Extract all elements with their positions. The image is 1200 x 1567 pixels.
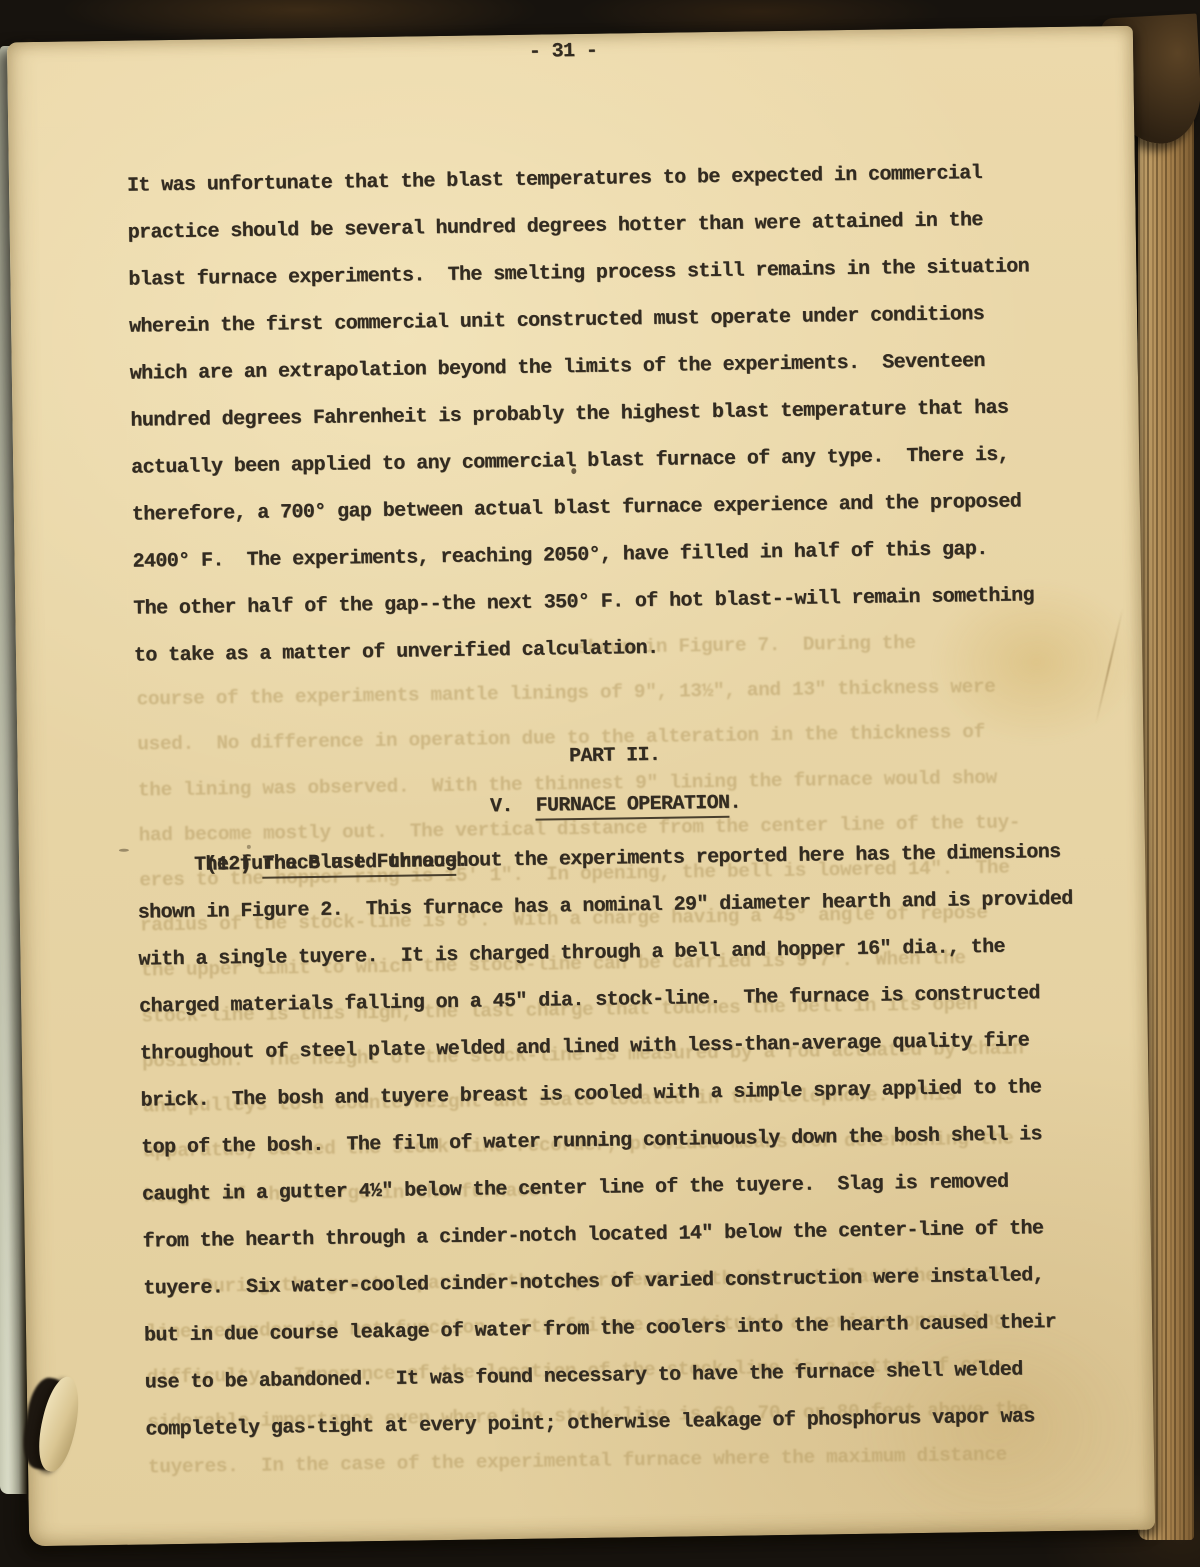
document-page: shown in Figure 7. During thecourse of t…	[7, 26, 1155, 1547]
page-number: - 31 -	[7, 32, 1133, 72]
paragraph-2: The furnace used throughout the experime…	[137, 829, 1081, 1454]
paragraph-1: It was unfortunate that the blast temper…	[127, 149, 1035, 679]
subsection-heading: (12) The Blast Furnace.	[136, 791, 467, 843]
section-number: V.	[490, 795, 536, 819]
ink-speck	[119, 849, 129, 852]
section-title-period: .	[729, 792, 741, 815]
section-title: FURNACE OPERATION	[536, 792, 730, 821]
book-scan-photo: shown in Figure 7. During thecourse of t…	[0, 0, 1200, 1567]
